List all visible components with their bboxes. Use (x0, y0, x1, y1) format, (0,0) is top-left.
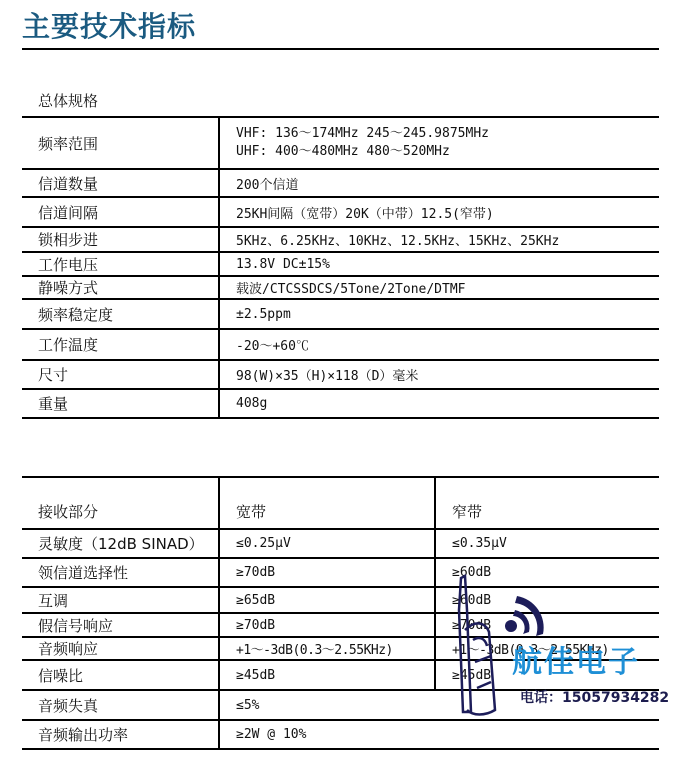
spec-label: 工作电压 (22, 252, 219, 276)
wide-value: ≥70dB (219, 558, 435, 587)
spec-label: 领信道选择性 (22, 558, 219, 587)
table-row: 工作温度 -20～+60℃ (22, 329, 659, 360)
wide-value: ≥45dB (219, 660, 435, 690)
spec-label: 音频失真 (22, 690, 219, 720)
spec-label: 信道间隔 (22, 197, 219, 227)
table-row: 领信道选择性 ≥70dB ≥60dB (22, 558, 659, 587)
table-row: 尺寸 98(W)×35（H)×118（D）毫米 (22, 360, 659, 389)
narrow-value: ≤0.35μV (435, 529, 659, 558)
spec-value: 载波/CTCSSDCS/5Tone/2Tone/DTMF (219, 276, 659, 299)
wide-value: ≥65dB (219, 587, 435, 613)
column-header-narrow: 窄带 (435, 477, 659, 529)
general-spec-label: 总体规格 (38, 92, 98, 110)
spec-label: 工作温度 (22, 329, 219, 360)
spec-value: VHF: 136～174MHz 245～245.9875MHz UHF: 400… (219, 117, 659, 169)
table-header-row: 接收部分 宽带 窄带 (22, 477, 659, 529)
spec-label: 音频响应 (22, 637, 219, 660)
general-spec-table: 频率范围 VHF: 136～174MHz 245～245.9875MHz UHF… (22, 116, 659, 419)
table-row: 工作电压 13.8V DC±15% (22, 252, 659, 276)
table-row: 音频输出功率 ≥2W @ 10% (22, 720, 659, 749)
wide-value: ≥70dB (219, 613, 435, 637)
spec-label: 频率范围 (22, 117, 219, 169)
table-row: 灵敏度（12dB SINAD） ≤0.25μV ≤0.35μV (22, 529, 659, 558)
spec-value: 13.8V DC±15% (219, 252, 659, 276)
spec-label: 信噪比 (22, 660, 219, 690)
spec-value-line: VHF: 136～174MHz 245～245.9875MHz (236, 125, 659, 143)
table-row: 重量 408g (22, 389, 659, 418)
spec-label: 假信号响应 (22, 613, 219, 637)
watermark-brand: 航佳电子 (512, 645, 640, 681)
table-row: 静噪方式 载波/CTCSSDCS/5Tone/2Tone/DTMF (22, 276, 659, 299)
narrow-value: ≥60dB (435, 587, 659, 613)
column-header-section: 接收部分 (22, 477, 219, 529)
receiver-spec-table: 接收部分 宽带 窄带 灵敏度（12dB SINAD） ≤0.25μV ≤0.35… (22, 476, 659, 750)
spec-value: 200个信道 (219, 169, 659, 197)
page-title: 主要技术指标 (22, 10, 196, 44)
table-row: 信道数量 200个信道 (22, 169, 659, 197)
spec-label: 信道数量 (22, 169, 219, 197)
spec-value: ±2.5ppm (219, 299, 659, 329)
wide-value: ≤0.25μV (219, 529, 435, 558)
table-row: 锁相步进 5KHz、6.25KHz、10KHz、12.5KHz、15KHz、25… (22, 227, 659, 252)
spec-value-line: UHF: 400～480MHz 480～520MHz (236, 143, 659, 161)
table-row: 假信号响应 ≥70dB ≥70dB (22, 613, 659, 637)
spec-value: 25KH间隔（宽带）20K（中带）12.5(窄带) (219, 197, 659, 227)
spec-label: 锁相步进 (22, 227, 219, 252)
column-header-wide: 宽带 (219, 477, 435, 529)
wide-value: +1～-3dB(0.3～2.55KHz) (219, 637, 435, 660)
spec-value: -20～+60℃ (219, 329, 659, 360)
spec-label: 音频输出功率 (22, 720, 219, 749)
table-row: 频率稳定度 ±2.5ppm (22, 299, 659, 329)
spec-value: 5KHz、6.25KHz、10KHz、12.5KHz、15KHz、25KHz (219, 227, 659, 252)
spec-label: 频率稳定度 (22, 299, 219, 329)
table-row: 频率范围 VHF: 136～174MHz 245～245.9875MHz UHF… (22, 117, 659, 169)
spec-value: ≥2W @ 10% (219, 720, 659, 749)
narrow-value: ≥60dB (435, 558, 659, 587)
title-divider (22, 48, 659, 50)
spec-label: 静噪方式 (22, 276, 219, 299)
table-row: 信道间隔 25KH间隔（宽带）20K（中带）12.5(窄带) (22, 197, 659, 227)
narrow-value: ≥70dB (435, 613, 659, 637)
watermark-phone: 电话：15057934282 (520, 689, 669, 707)
spec-value: 98(W)×35（H)×118（D）毫米 (219, 360, 659, 389)
spec-value: 408g (219, 389, 659, 418)
spec-label: 尺寸 (22, 360, 219, 389)
spec-label: 重量 (22, 389, 219, 418)
spec-label: 互调 (22, 587, 219, 613)
table-row: 互调 ≥65dB ≥60dB (22, 587, 659, 613)
spec-label: 灵敏度（12dB SINAD） (22, 529, 219, 558)
